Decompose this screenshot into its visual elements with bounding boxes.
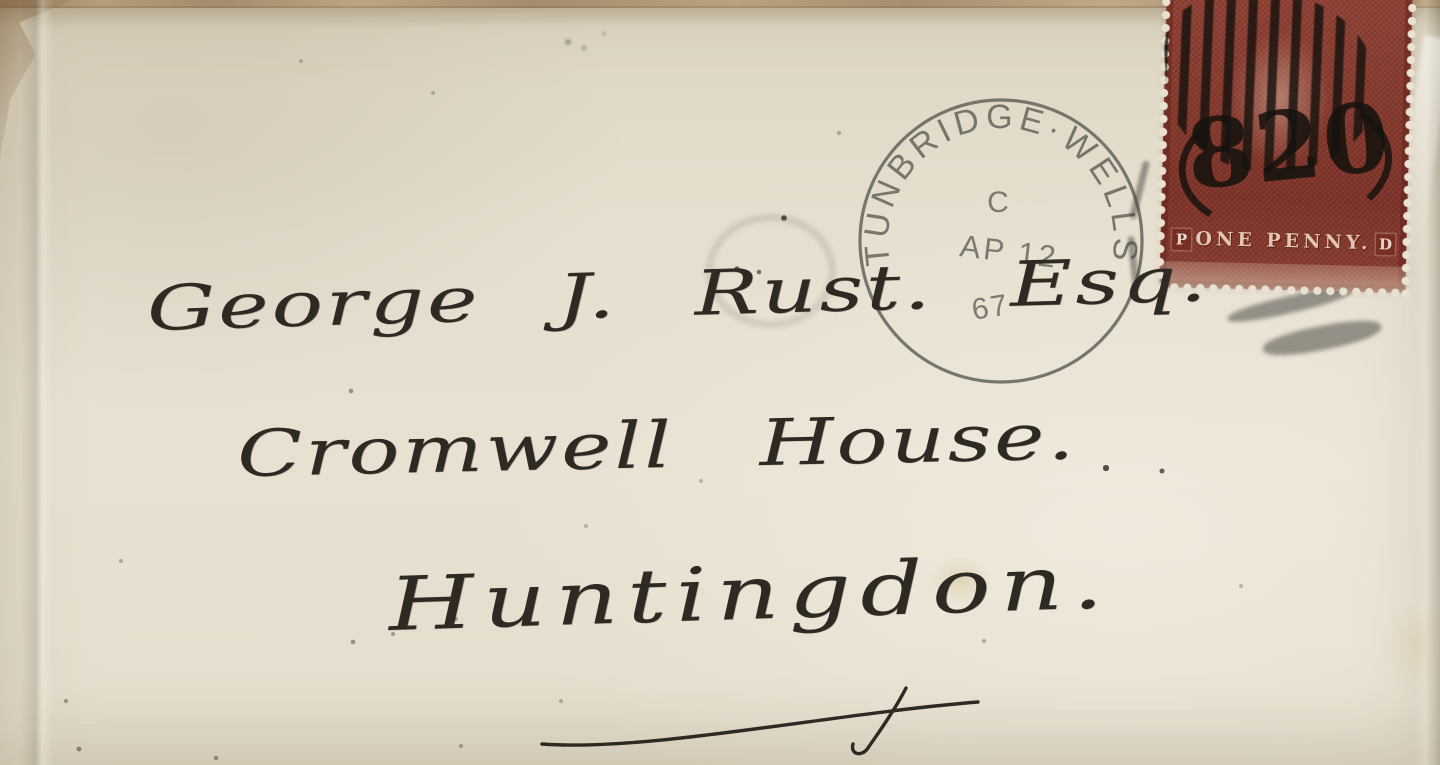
paper-speckles	[0, 0, 2, 2]
address-line-town: Huntingdon.	[387, 539, 1113, 648]
address-line-house: Cromwell House.	[236, 400, 1077, 492]
cancel-smudge	[1261, 315, 1383, 361]
stamp-corner-letter-d: D	[1374, 232, 1397, 257]
cancel-number: 820	[1181, 77, 1380, 218]
flourish-underline	[538, 686, 998, 765]
postmark-index-letter: C	[987, 186, 1009, 219]
ink-smudge	[540, 26, 620, 60]
paper-stain	[1380, 600, 1440, 690]
envelope-photo: TUNBRIDGE·WELLS C AP 12 67 George J. Rus…	[0, 0, 1440, 765]
left-crease	[20, 0, 54, 765]
